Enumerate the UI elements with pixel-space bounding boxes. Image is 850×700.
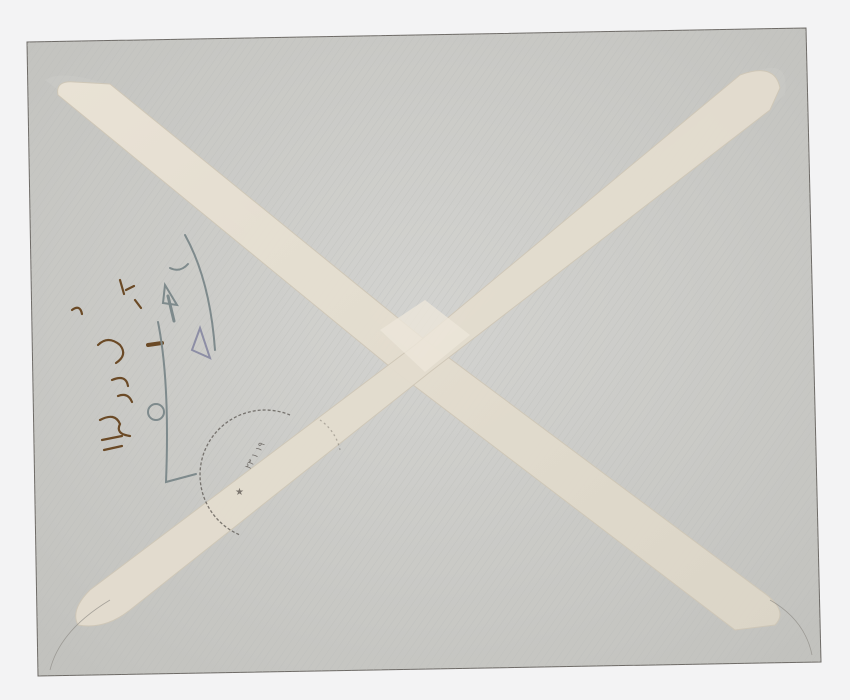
envelope-photo: ١٩ ١ ٢٣ ★ — [0, 0, 850, 700]
svg-text:★: ★ — [235, 487, 244, 498]
